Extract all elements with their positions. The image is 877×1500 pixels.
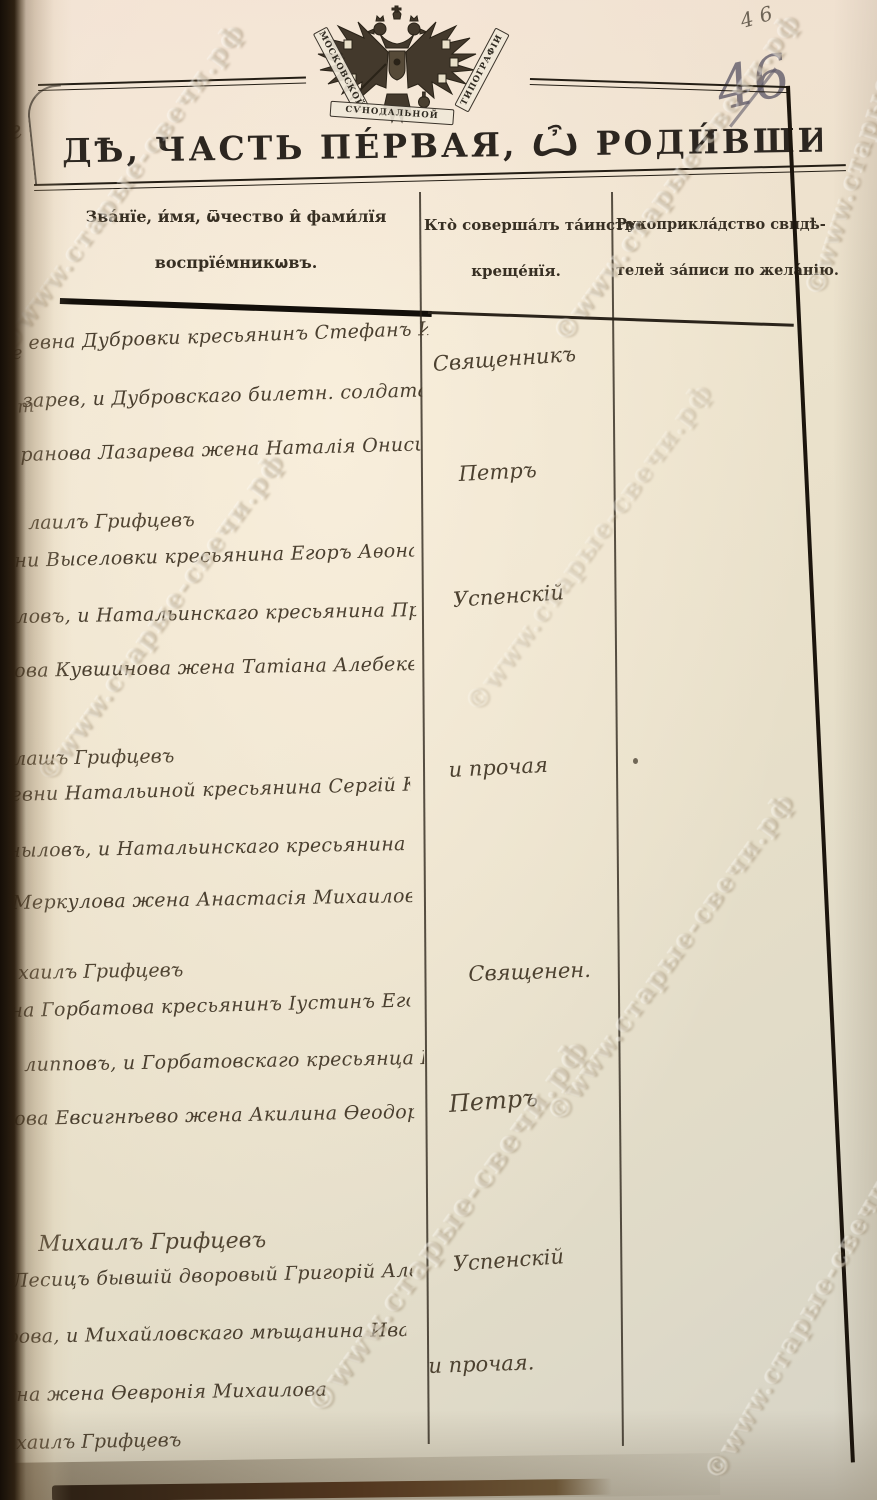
- entry5-signature: Михаилъ Грифцевъ: [38, 1228, 266, 1257]
- entry2-godparents-line1: ни Выселовки кресьянина Егоръ Аѳонасіевъ: [14, 540, 414, 572]
- entry3-minister: и прочая: [448, 753, 548, 782]
- frame-top-left-rule: [38, 77, 306, 91]
- watermark: ©www.старые-свечи.рф: [460, 377, 719, 718]
- page-number-pencil: 46: [709, 40, 797, 124]
- entry5-godparents-line1: Лесицъ бывшій дворовый Григорій Александ…: [12, 1260, 412, 1292]
- header-witnesses-line2: телей за́писи по жела́нію.: [616, 262, 788, 279]
- header-underline-right: [428, 311, 794, 326]
- header-witnesses-line1: Рукоприкла́дство свидѣ-: [616, 216, 788, 233]
- header-minister-line1: Кто̀ соверша́лъ та́инство: [424, 216, 608, 234]
- header-godparents-line1: Зва́нїе, и́мя, ѿчество и̂ фами́лїя: [62, 207, 410, 226]
- page-number-ink: 46: [737, 0, 782, 33]
- entry4-minister-name: Петръ: [448, 1084, 539, 1118]
- entry1-minister-name: Петръ: [458, 458, 537, 486]
- header-minister-line2: креще́нїя.: [424, 262, 608, 280]
- entry2-godparents-line3: ова Кувшинова жена Татіана Алебекева.: [14, 653, 414, 682]
- entry5-minister-note: и прочая.: [428, 1350, 535, 1378]
- entry1-godparents-line3: ранова Лазарева жена Наталія Онисимова.: [20, 434, 420, 466]
- entry1-godparents-line1: евна Дубровки кресьянинъ Стефанъ Ивановъ: [28, 318, 429, 354]
- entry5-minister: Успенскій: [452, 1244, 565, 1276]
- entry1-godparents-line2: зарев, и Дубровскаго билетн. солдата Спи…: [22, 380, 422, 412]
- entry1-minister: Священникъ: [432, 342, 577, 376]
- entry4-godparents-line3: ова Евсигнѣево жена Акилина Ѳеодорова.: [14, 1101, 414, 1130]
- column-divider-2: [611, 192, 624, 1446]
- table-right-border: [786, 86, 855, 1463]
- entry3-godparents-line3: Меркулова жена Анастасія Михаилова.: [12, 885, 412, 914]
- metric-book-page-photo: МОСКОВСКОЙ СѴНОДАЛЬНОЙ ТИПОГРАФІИ 46 46 …: [0, 0, 877, 1500]
- header-godparents-line2: воспрїе́мникѡвъ.: [62, 253, 410, 272]
- ink-speck: [633, 758, 638, 764]
- book-binding: [0, 0, 26, 1500]
- entry2-minister: Успенскій: [452, 580, 565, 612]
- header-underline-left: [60, 298, 432, 317]
- entry2-godparents-line2: ловъ, и Натальинскаго кресьянина Прокопі…: [16, 599, 416, 628]
- entry4-minister: Священен.: [468, 958, 591, 986]
- section-title: ДѢ, ЧАСТЬ ПЕ́РВАЯ, Ѽ РОДИ́ВШИХСЯ.: [62, 121, 822, 171]
- entry4-godparents-line2: липповъ, и Горбатовскаго кресьянца Исидо…: [24, 1047, 424, 1076]
